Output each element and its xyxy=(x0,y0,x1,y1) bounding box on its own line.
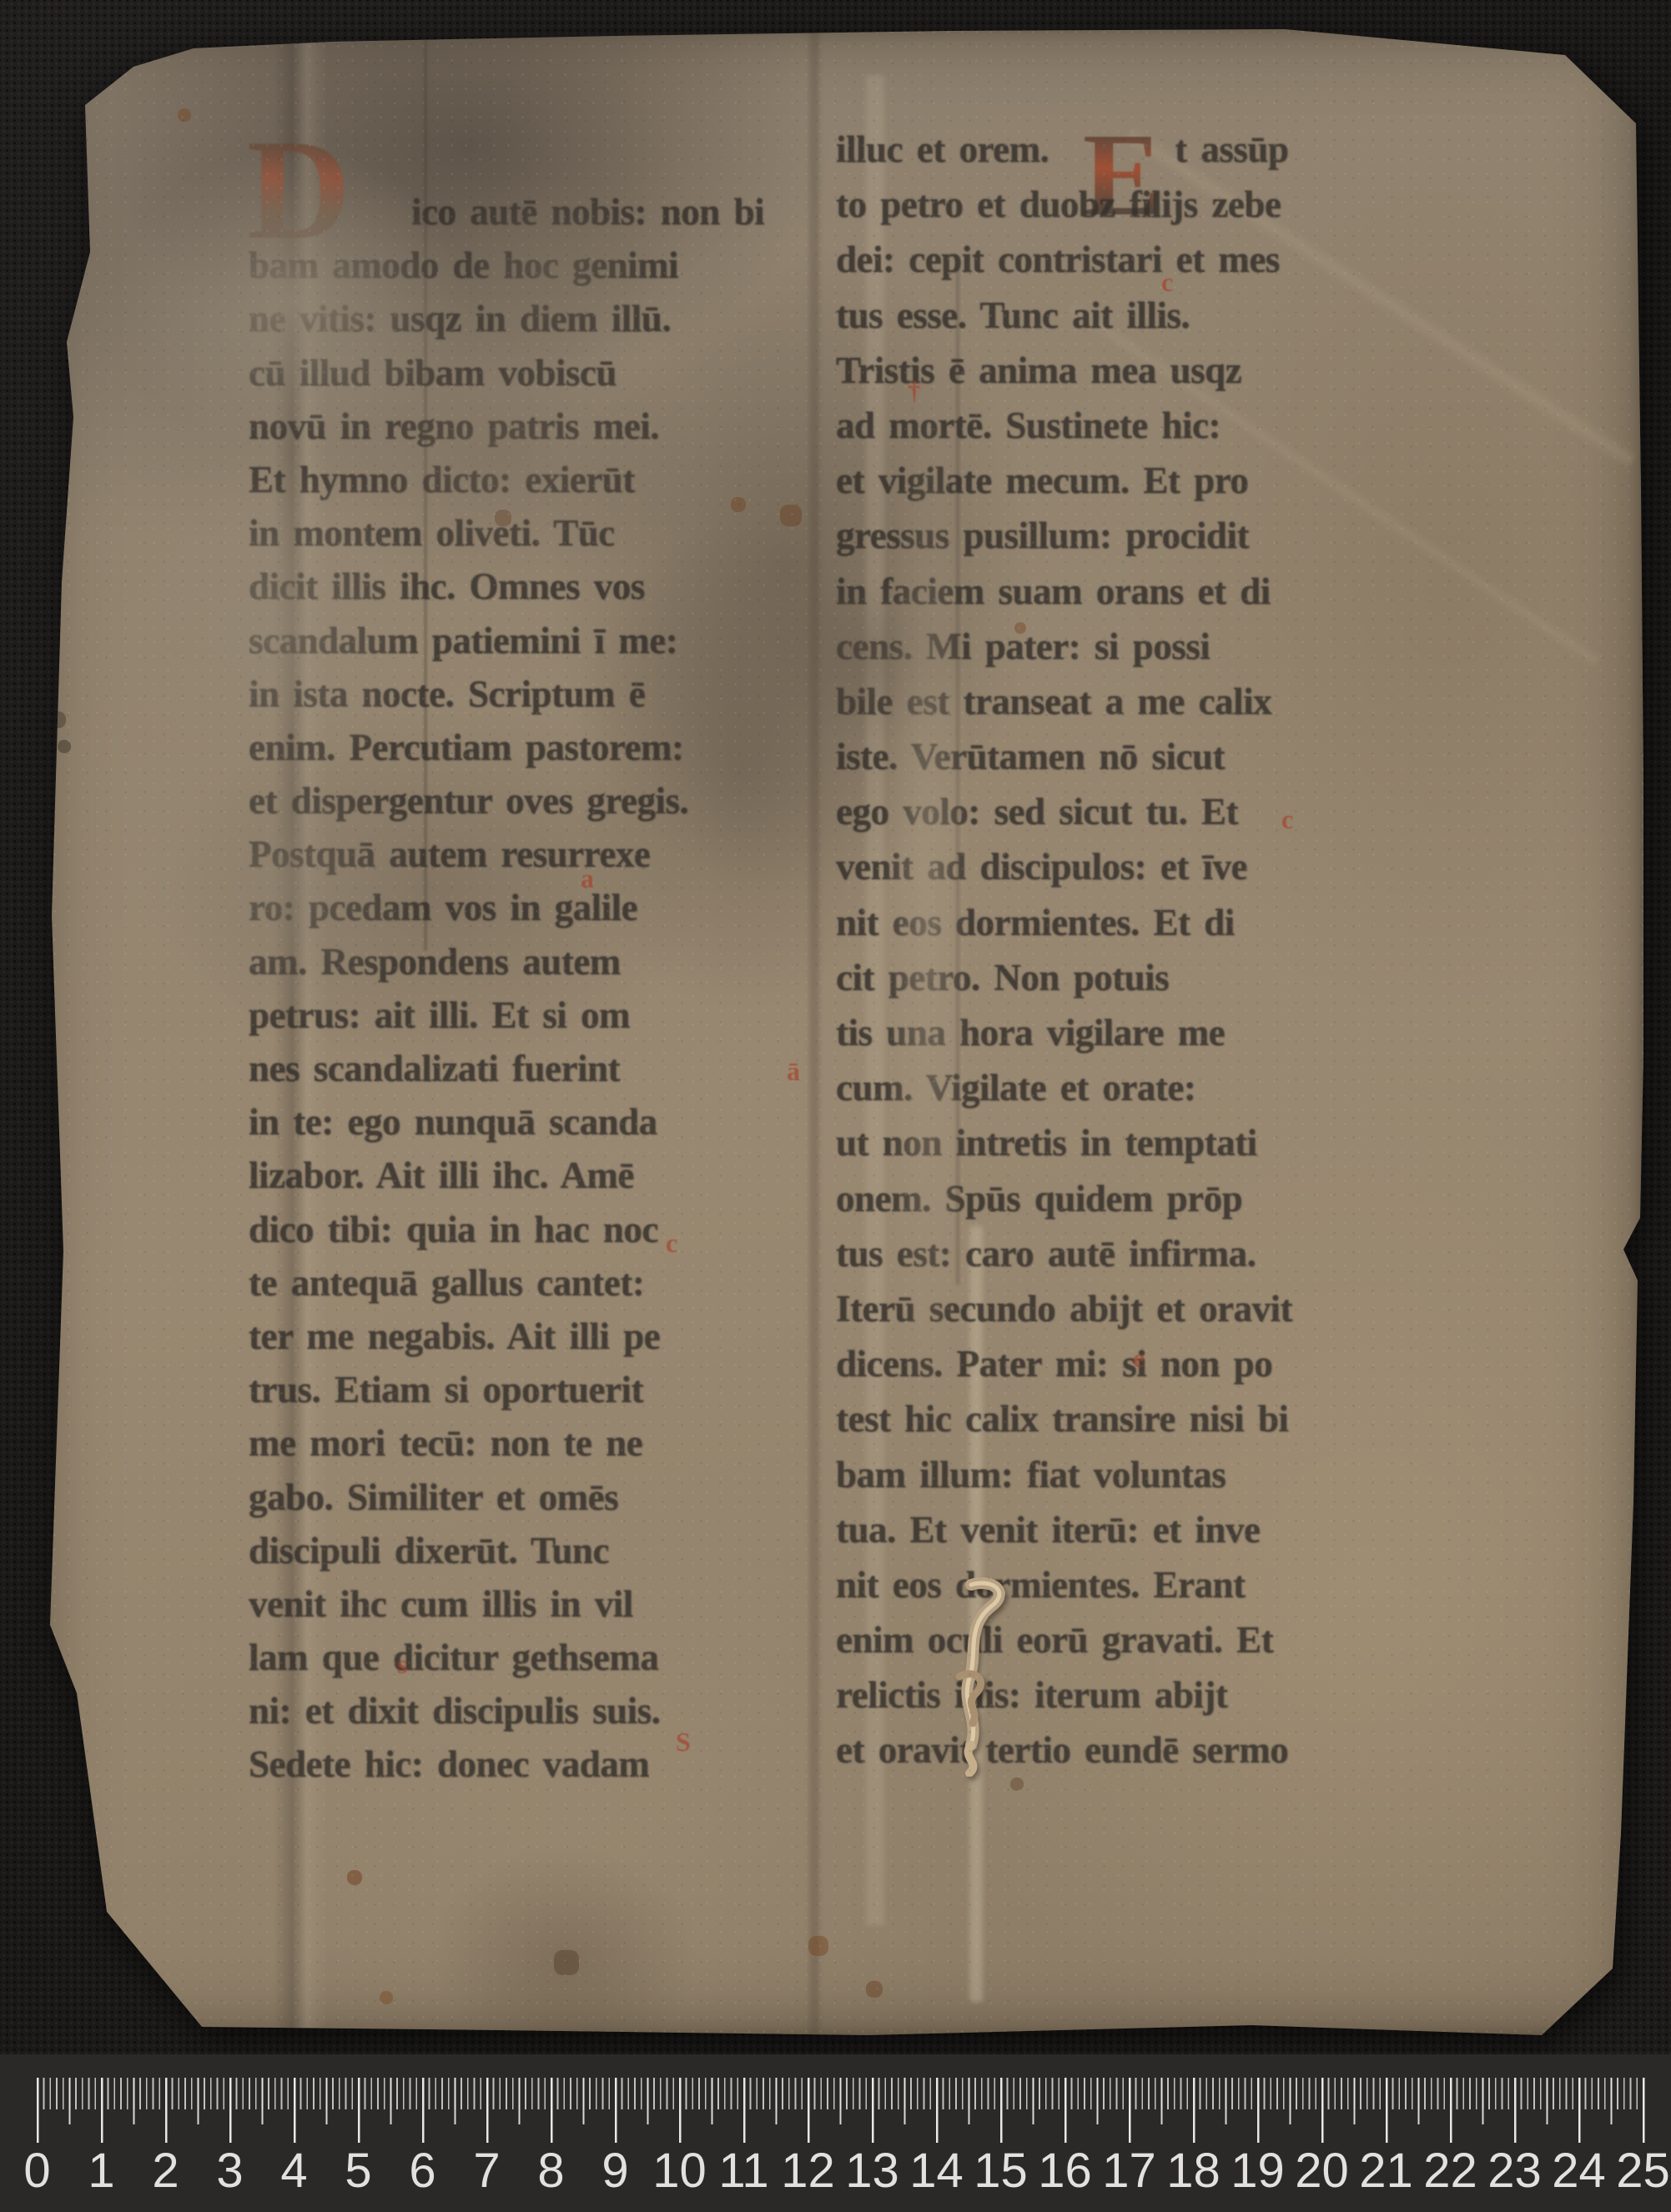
text-line: cū illud bibam vobiscū xyxy=(249,346,791,400)
ruler-number: 2 xyxy=(133,2143,198,2199)
text-line: bam illum: fiat voluntas xyxy=(836,1447,1387,1502)
text-line: ego volo: sed sicut tu. Et xyxy=(836,784,1387,839)
text-column-left: ico autē nobis: non bibam amodo de hoc g… xyxy=(249,185,791,1792)
text-line: bam amodo de hoc genimi xyxy=(249,239,791,292)
ruler-number: 4 xyxy=(262,2143,326,2199)
text-line: gabo. Similiter et omēs xyxy=(249,1470,791,1524)
text-line: te antequā gallus cantet: xyxy=(249,1256,791,1310)
ruler-number: 17 xyxy=(1097,2143,1161,2199)
ruler-number: 24 xyxy=(1547,2143,1611,2199)
gutter-crease xyxy=(809,25,819,2037)
text-line: Et hymno dicto: exierūt xyxy=(249,453,791,506)
text-line: dei: cepit contristari et mes xyxy=(836,232,1387,287)
text-line: discipuli dixerūt. Tunc xyxy=(249,1524,791,1577)
text-line: nit eos dormientes. Et di xyxy=(836,895,1387,950)
ruler-number: 12 xyxy=(776,2143,840,2199)
ruler-number: 21 xyxy=(1354,2143,1418,2199)
text-line: nes scandalizati fuerint xyxy=(249,1042,791,1095)
text-line: petrus: ait illi. Et si om xyxy=(249,988,791,1042)
ruler-number: 25 xyxy=(1611,2143,1671,2199)
text-line: gressus pusillum: procidit xyxy=(836,508,1387,563)
ruler-number: 20 xyxy=(1290,2143,1354,2199)
text-line: ut non intretis in temptati xyxy=(836,1115,1387,1170)
text-column-right: illuc et orem. t assūpto petro et duobz … xyxy=(836,122,1387,1778)
text-line: dicit illis ihc. Omnes vos xyxy=(249,560,791,613)
ruler-number: 15 xyxy=(969,2143,1033,2199)
manuscript-photo: D E ico autē nobis: non bibam amodo de h… xyxy=(0,0,1671,2212)
text-line: venit ad discipulos: et īve xyxy=(836,839,1387,894)
text-line: in montem oliveti. Tūc xyxy=(249,506,791,560)
ruler-number: 3 xyxy=(198,2143,262,2199)
ruler-number: 16 xyxy=(1033,2143,1097,2199)
parchment-leaf: D E ico autē nobis: non bibam amodo de h… xyxy=(33,25,1643,2037)
text-line: ico autē nobis: non bi xyxy=(249,185,791,239)
text-line: dicens. Pater mi: si non po xyxy=(836,1336,1387,1391)
text-line: lizabor. Ait illi ihc. Amē xyxy=(249,1149,791,1202)
text-line: ne vitis: usqz in diem illū. xyxy=(249,292,791,345)
text-line: Sedete hic: donec vadam xyxy=(249,1737,791,1791)
text-line: tis una hora vigilare me xyxy=(836,1005,1387,1060)
text-line: cum. Vigilate et orate: xyxy=(836,1060,1387,1115)
text-line: venit ihc cum illis in vil xyxy=(249,1577,791,1631)
text-line: novū in regno patris mei. xyxy=(249,400,791,453)
text-line: test hic calix transire nisi bi xyxy=(836,1391,1387,1446)
text-line: dico tibi: quia in hac noc xyxy=(249,1203,791,1256)
ruler-number: 0 xyxy=(5,2143,69,2199)
ruler-number: 11 xyxy=(712,2143,776,2199)
text-line: scandalum patiemini ī me: xyxy=(249,614,791,667)
text-line: onem. Spūs quidem prōp xyxy=(836,1171,1387,1226)
text-line: iste. Verūtamen nō sicut xyxy=(836,729,1387,784)
ruler-number: 5 xyxy=(326,2143,390,2199)
text-line: cens. Mi pater: si possi xyxy=(836,619,1387,674)
ruler-number: 19 xyxy=(1226,2143,1290,2199)
ruler-number: 9 xyxy=(583,2143,647,2199)
text-line: relictis illis: iterum abijt xyxy=(836,1667,1387,1722)
text-line: in ista nocte. Scriptum ē xyxy=(249,667,791,721)
text-line: nit eos dormientes. Erant xyxy=(836,1557,1387,1612)
text-line: ad mortē. Sustinete hic: xyxy=(836,398,1387,453)
text-line: ni: et dixit discipulis suis. xyxy=(249,1684,791,1737)
text-line: trus. Etiam si oportuerit xyxy=(249,1363,791,1416)
text-line: tus esse. Tunc ait illis. xyxy=(836,288,1387,343)
text-line: illuc et orem. t assūp xyxy=(836,122,1387,177)
text-line: tus est: caro autē infirma. xyxy=(836,1226,1387,1281)
ruler-number: 18 xyxy=(1161,2143,1226,2199)
stain-spots xyxy=(33,25,38,30)
text-line: in te: ego nunquā scanda xyxy=(249,1095,791,1149)
ruler-number: 8 xyxy=(519,2143,583,2199)
text-line: Iterū secundo abijt et oravit xyxy=(836,1281,1387,1336)
text-line: et vigilate mecum. Et pro xyxy=(836,453,1387,508)
text-line: enim oculi eorū gravati. Et xyxy=(836,1612,1387,1667)
text-line: ro: pcedam vos in galile xyxy=(249,881,791,934)
ruler-tick-marks xyxy=(37,2078,1647,2143)
text-line: in faciem suam orans et di xyxy=(836,564,1387,619)
text-line: enim. Percutiam pastorem: xyxy=(249,721,791,774)
text-line: bile est transeat a me calix xyxy=(836,674,1387,729)
text-line: am. Respondens autem xyxy=(249,935,791,988)
ruler-number: 10 xyxy=(647,2143,712,2199)
ruler: 0123456789101112131415161718192021222324… xyxy=(0,2054,1671,2212)
ruler-number: 7 xyxy=(455,2143,519,2199)
text-line: Tristis ē anima mea usqz xyxy=(836,343,1387,398)
ruler-number: 22 xyxy=(1418,2143,1482,2199)
text-line: ter me negabis. Ait illi pe xyxy=(249,1310,791,1363)
ruler-number: 14 xyxy=(904,2143,969,2199)
text-line: et dispergentur oves gregis. xyxy=(249,774,791,827)
text-line: Postquā autem resurrexe xyxy=(249,827,791,881)
ruler-number-row: 0123456789101112131415161718192021222324… xyxy=(5,2143,1671,2199)
ruler-number: 1 xyxy=(69,2143,133,2199)
text-line: tua. Et venit iterū: et inve xyxy=(836,1502,1387,1557)
photo-stage: D E ico autē nobis: non bibam amodo de h… xyxy=(0,0,1671,2212)
text-line: et oravit tertio eundē sermo xyxy=(836,1722,1387,1777)
text-line: lam que dicitur gethsema xyxy=(249,1631,791,1684)
ruler-number: 6 xyxy=(390,2143,455,2199)
text-line: cit petro. Non potuis xyxy=(836,950,1387,1005)
text-line: me mori tecū: non te ne xyxy=(249,1416,791,1470)
ruler-number: 13 xyxy=(840,2143,904,2199)
ruler-number: 23 xyxy=(1482,2143,1547,2199)
text-line: to petro et duobz filijs zebe xyxy=(836,177,1387,232)
